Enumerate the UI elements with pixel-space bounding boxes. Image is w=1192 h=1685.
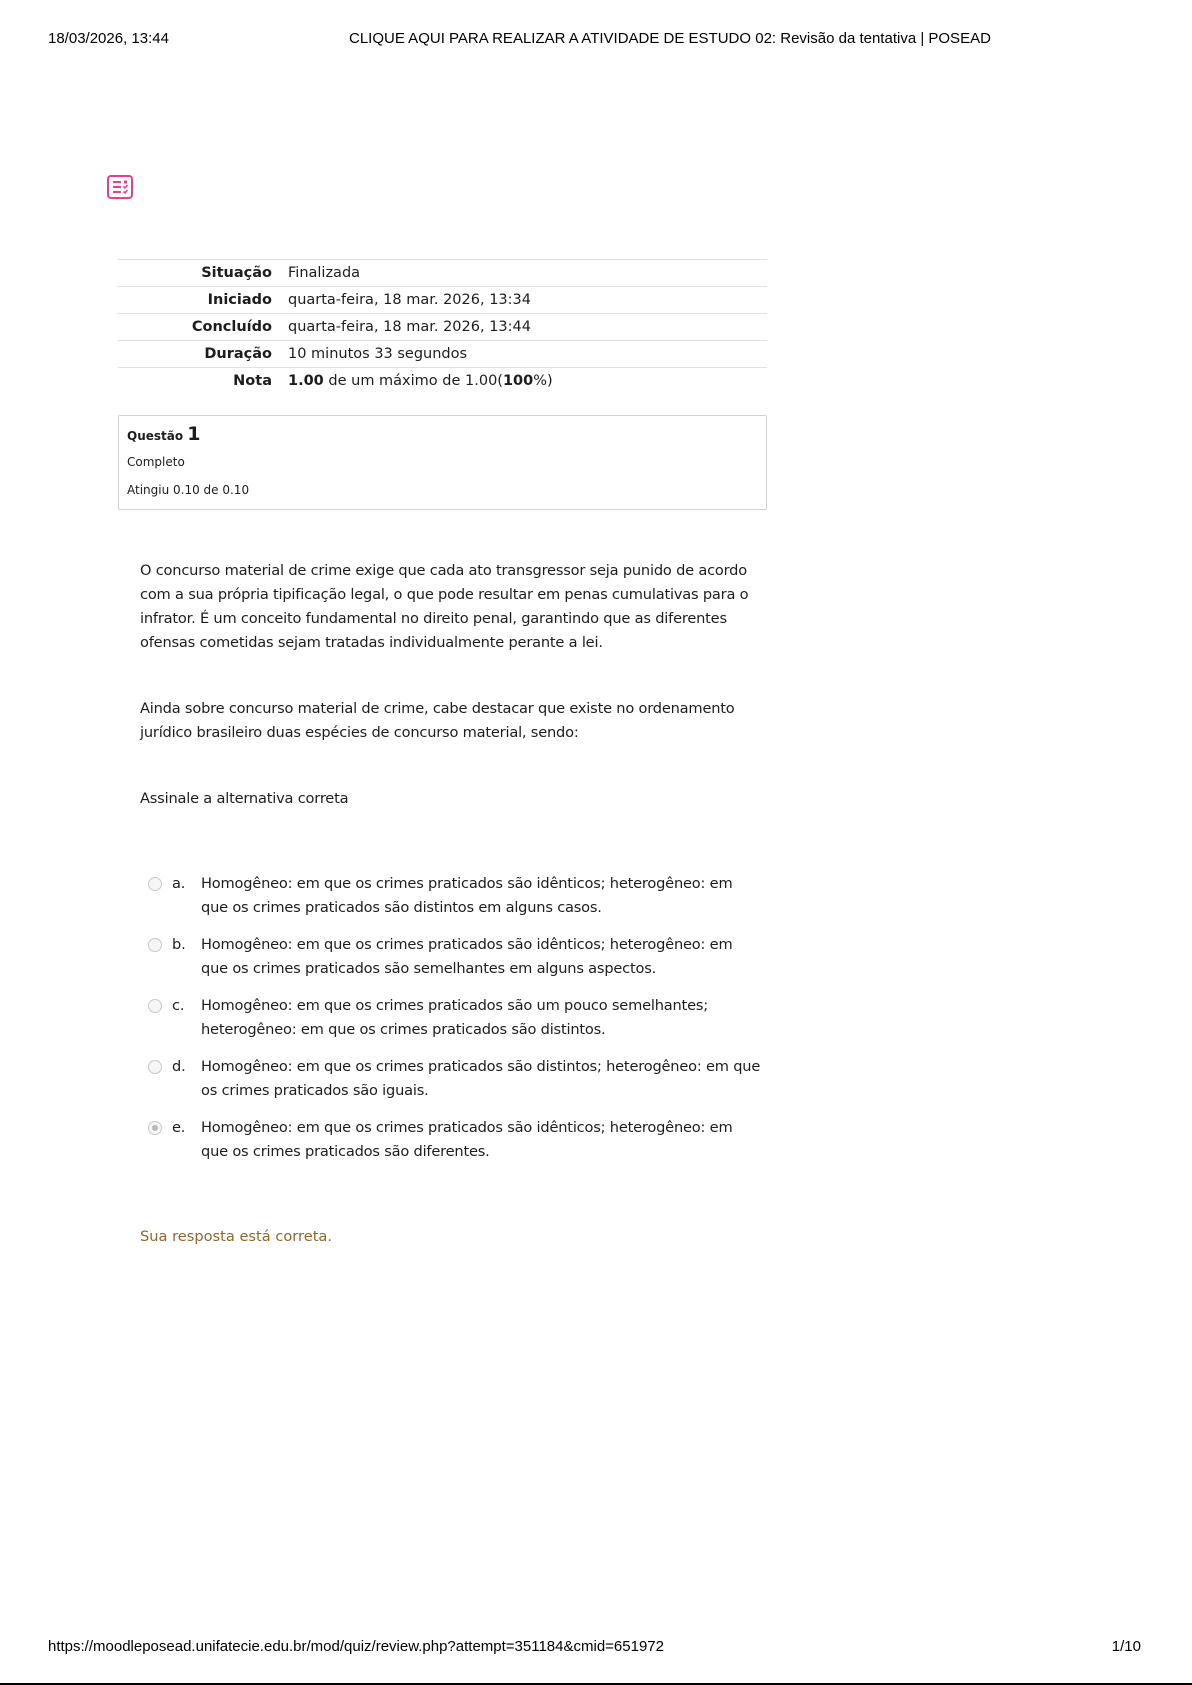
grade-percent: 100 <box>503 373 533 389</box>
print-datetime: 18/03/2026, 13:44 <box>48 30 169 47</box>
answer-letter: a. <box>172 872 185 896</box>
answer-text: Homogêneo: em que os crimes praticados s… <box>201 994 761 1042</box>
answer-letter: e. <box>172 1116 185 1140</box>
question-text-paragraph: Ainda sobre concurso material de crime, … <box>140 697 760 745</box>
page-title: CLIQUE AQUI PARA REALIZAR A ATIVIDADE DE… <box>349 30 991 47</box>
answer-options: a. Homogêneo: em que os crimes praticado… <box>148 872 768 1177</box>
summary-label: Iniciado <box>118 287 288 314</box>
summary-label: Situação <box>118 260 288 287</box>
summary-label: Nota <box>118 368 288 395</box>
question-prefix: Questão <box>127 429 183 443</box>
question-text-paragraph: O concurso material de crime exige que c… <box>140 559 760 655</box>
answer-text: Homogêneo: em que os crimes praticados s… <box>201 1116 761 1164</box>
answer-option-e[interactable]: e. Homogêneo: em que os crimes praticado… <box>148 1116 768 1177</box>
answer-letter: b. <box>172 933 186 957</box>
answer-option-c[interactable]: c. Homogêneo: em que os crimes praticado… <box>148 994 768 1055</box>
radio-button[interactable] <box>148 999 162 1013</box>
radio-button[interactable] <box>148 938 162 952</box>
summary-value: quarta-feira, 18 mar. 2026, 13:44 <box>288 314 767 341</box>
question-number: Questão 1 <box>127 423 201 445</box>
question-instruction: Assinale a alternativa correta <box>140 787 760 811</box>
summary-value: Finalizada <box>288 260 767 287</box>
summary-label: Duração <box>118 341 288 368</box>
summary-value: quarta-feira, 18 mar. 2026, 13:34 <box>288 287 767 314</box>
attempt-summary-table: Situação Finalizada Iniciado quarta-feir… <box>118 259 767 394</box>
summary-label: Concluído <box>118 314 288 341</box>
quiz-icon <box>107 175 133 199</box>
answer-option-b[interactable]: b. Homogêneo: em que os crimes praticado… <box>148 933 768 994</box>
summary-row-grade: Nota 1.00 de um máximo de 1.00(100%) <box>118 368 767 395</box>
question-number-value: 1 <box>187 423 200 445</box>
answer-feedback: Sua resposta está correta. <box>140 1228 332 1245</box>
summary-row-duration: Duração 10 minutos 33 segundos <box>118 341 767 368</box>
grade-suffix: %) <box>533 373 552 389</box>
question-state: Completo <box>127 455 185 469</box>
grade-score: 1.00 <box>288 373 324 389</box>
summary-value: 10 minutos 33 segundos <box>288 341 767 368</box>
summary-row-completed: Concluído quarta-feira, 18 mar. 2026, 13… <box>118 314 767 341</box>
answer-text: Homogêneo: em que os crimes praticados s… <box>201 1055 761 1103</box>
print-header: 18/03/2026, 13:44 CLIQUE AQUI PARA REALI… <box>48 30 1144 50</box>
answer-text: Homogêneo: em que os crimes praticados s… <box>201 933 761 981</box>
answer-letter: c. <box>172 994 184 1018</box>
summary-row-status: Situação Finalizada <box>118 260 767 287</box>
question-grade: Atingiu 0.10 de 0.10 <box>127 483 249 497</box>
question-info-box: Questão 1 Completo Atingiu 0.10 de 0.10 <box>118 415 767 510</box>
summary-row-started: Iniciado quarta-feira, 18 mar. 2026, 13:… <box>118 287 767 314</box>
answer-text: Homogêneo: em que os crimes praticados s… <box>201 872 761 920</box>
answer-option-a[interactable]: a. Homogêneo: em que os crimes praticado… <box>148 872 768 933</box>
answer-option-d[interactable]: d. Homogêneo: em que os crimes praticado… <box>148 1055 768 1116</box>
radio-button[interactable] <box>148 877 162 891</box>
radio-button[interactable] <box>148 1060 162 1074</box>
page-url: https://moodleposead.unifatecie.edu.br/m… <box>48 1638 664 1655</box>
grade-middle: de um máximo de 1.00( <box>324 373 503 389</box>
page-number: 1/10 <box>1112 1638 1141 1655</box>
radio-button-selected[interactable] <box>148 1121 162 1135</box>
print-footer: https://moodleposead.unifatecie.edu.br/m… <box>48 1638 1144 1658</box>
summary-value: 1.00 de um máximo de 1.00(100%) <box>288 368 767 395</box>
answer-letter: d. <box>172 1055 186 1079</box>
